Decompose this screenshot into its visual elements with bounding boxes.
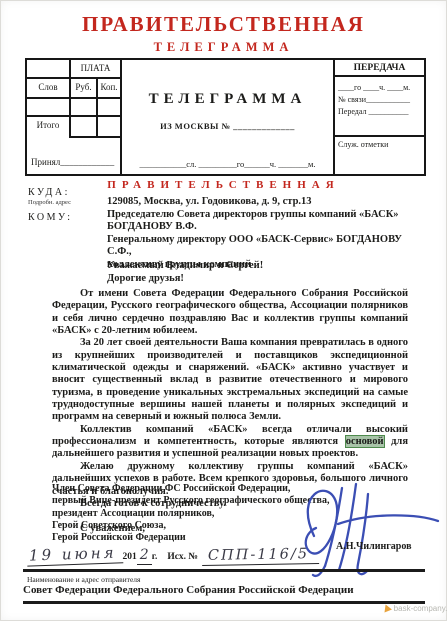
address-line: БОГДАНОВУ В.Ф. — [107, 221, 417, 234]
words-label: Слов — [27, 79, 69, 99]
kop-label: Коп. — [96, 79, 120, 99]
transfer-time-field: ____го ____ч. ____м. — [338, 82, 421, 94]
address-line: 129085, Москва, ул. Годовикова, д. 9, ст… — [107, 196, 417, 209]
to-whom-label: КОМУ: — [28, 212, 73, 223]
blank-center: ТЕЛЕГРАММА ИЗ МОСКВЫ № _____________ ___… — [122, 60, 333, 174]
sender-name: Совет Федерации Федерального Собрания Ро… — [23, 584, 354, 596]
handwritten-date: 19 июня — [27, 543, 123, 566]
paragraph: За 20 лет своей деятельности Ваша компан… — [52, 337, 408, 423]
accepted-by-field: Принял____________ — [31, 157, 114, 167]
outgoing-number-label: Исх. № — [167, 552, 198, 562]
payment-cell-empty — [96, 117, 120, 138]
words-count-field: ___________сл. _________го______ч. _____… — [122, 159, 333, 169]
handwritten-year-digit: 2 — [137, 547, 152, 565]
site-watermark: bask-company.r — [385, 604, 447, 613]
from-moscow-field: ИЗ МОСКВЫ № _____________ — [122, 121, 333, 131]
service-marks-field: Служ. отметки — [335, 135, 424, 174]
telegram-blank-form: ПЛАТА Слов Руб. Коп. Итого Принял_______… — [25, 58, 426, 176]
year-prefix: 201 — [123, 552, 137, 562]
transfer-panel: ПЕРЕДАЧА ____го ____ч. ____м. № связи___… — [333, 60, 424, 174]
total-label: Итого — [27, 117, 69, 138]
payment-cell-empty — [27, 99, 69, 117]
payment-header: ПЛАТА — [69, 60, 120, 79]
where-sublabel: Подробн. адрес — [28, 199, 71, 206]
paragraph: От имени Совета Федерации Федерального С… — [52, 288, 408, 337]
greeting-block: Уважаемый Владимир и Сергей! Дорогие дру… — [107, 259, 263, 285]
payment-cell-empty — [69, 117, 96, 138]
payment-table: ПЛАТА Слов Руб. Коп. Итого Принял_______… — [27, 60, 122, 174]
greeting-line: Уважаемый Владимир и Сергей! — [107, 259, 263, 272]
address-line: Генеральному директору ООО «БАСК-Сервис»… — [107, 234, 417, 259]
where-label: КУДА: — [28, 187, 70, 198]
payment-cell-empty — [69, 99, 96, 117]
signature-scribble — [276, 474, 444, 578]
transfer-link-field: № связи___________ — [338, 94, 421, 106]
paragraph: Коллектив компаний «БАСК» всегда отличал… — [52, 424, 408, 461]
rub-label: Руб. — [69, 79, 96, 99]
transfer-header: ПЕРЕДАЧА — [335, 60, 424, 77]
sender-label: Наименование и адрес отправителя — [27, 575, 140, 584]
blank-telegram-title: ТЕЛЕГРАММА — [122, 91, 333, 108]
telegram-document: ПРАВИТЕЛЬСТВЕННАЯ ТЕЛЕГРАММА ПЛАТА Слов … — [0, 0, 447, 621]
year-suffix: г. — [152, 552, 158, 562]
watermark-text: bask-company.r — [394, 604, 447, 613]
transfer-passed-field: Передал __________ — [338, 106, 421, 118]
document-title: ПРАВИТЕЛЬСТВЕННАЯ — [0, 12, 447, 37]
signatory-name: А.Н.Чилингаров — [336, 541, 412, 552]
footer-divider — [23, 601, 425, 604]
payment-cell-empty — [27, 60, 69, 79]
footer-divider — [23, 569, 425, 572]
greeting-line: Дорогие друзья! — [107, 272, 263, 285]
address-line: Председателю Совета директоров группы ко… — [107, 209, 417, 222]
highlighted-word: основой — [346, 436, 384, 447]
payment-cell-empty — [96, 99, 120, 117]
watermark-icon — [384, 604, 392, 613]
document-subtitle: ТЕЛЕГРАММА — [0, 40, 447, 55]
